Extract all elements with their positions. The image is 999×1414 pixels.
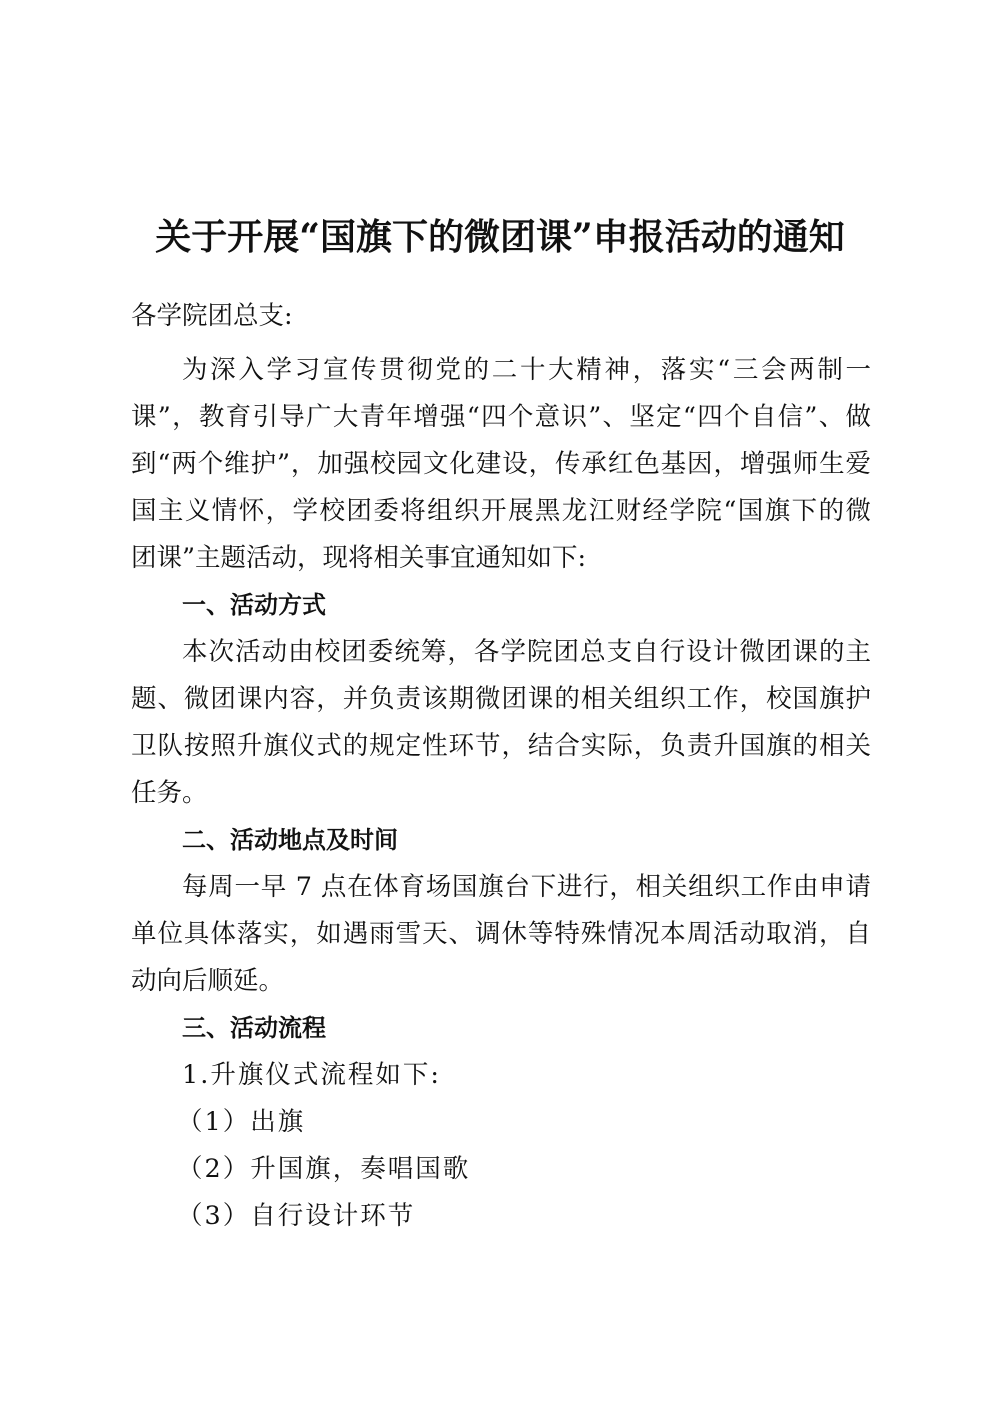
salutation: 各学院团总支: <box>131 296 871 336</box>
intro-line: 课”，教育引导广大青年增强“四个意识”、坚定“四个自信”、做 <box>131 397 871 437</box>
subheading-flag-ceremony: 1.升旗仪式流程如下: <box>182 1055 441 1095</box>
document-page: 关于开展“国旗下的微团课”申报活动的通知 各学院团总支: 为深入学习宣传贯彻党的… <box>0 0 999 1414</box>
document-title: 关于开展“国旗下的微团课”申报活动的通知 <box>130 212 870 262</box>
section-line: 题、微团课内容，并负责该期微团课的相关组织工作，校国旗护 <box>131 679 871 719</box>
process-item: （1）出旗 <box>177 1102 305 1142</box>
section-heading-process: 三、活动流程 <box>182 1008 326 1048</box>
process-item: （3）自行设计环节 <box>177 1196 415 1236</box>
intro-line: 为深入学习宣传贯彻党的二十大精神，落实“三会两制一 <box>182 350 871 390</box>
intro-line: 团课”主题活动，现将相关事宜通知如下: <box>131 538 871 578</box>
section-heading-location-time: 二、活动地点及时间 <box>182 820 398 860</box>
section-line: 每周一早 7 点在体育场国旗台下进行，相关组织工作由申请 <box>182 867 871 907</box>
section-line: 卫队按照升旗仪式的规定性环节，结合实际，负责升国旗的相关 <box>131 726 871 766</box>
intro-line: 到“两个维护”，加强校园文化建设，传承红色基因，增强师生爱 <box>131 444 871 484</box>
intro-line: 国主义情怀，学校团委将组织开展黑龙江财经学院“国旗下的微 <box>131 491 871 531</box>
section-line: 单位具体落实，如遇雨雪天、调休等特殊情况本周活动取消，自 <box>131 914 871 954</box>
section-line: 任务。 <box>131 773 871 813</box>
section-line: 本次活动由校团委统筹，各学院团总支自行设计微团课的主 <box>182 632 871 672</box>
section-heading-method: 一、活动方式 <box>182 585 326 625</box>
process-item: （2）升国旗，奏唱国歌 <box>177 1149 470 1189</box>
section-line: 动向后顺延。 <box>131 961 871 1001</box>
